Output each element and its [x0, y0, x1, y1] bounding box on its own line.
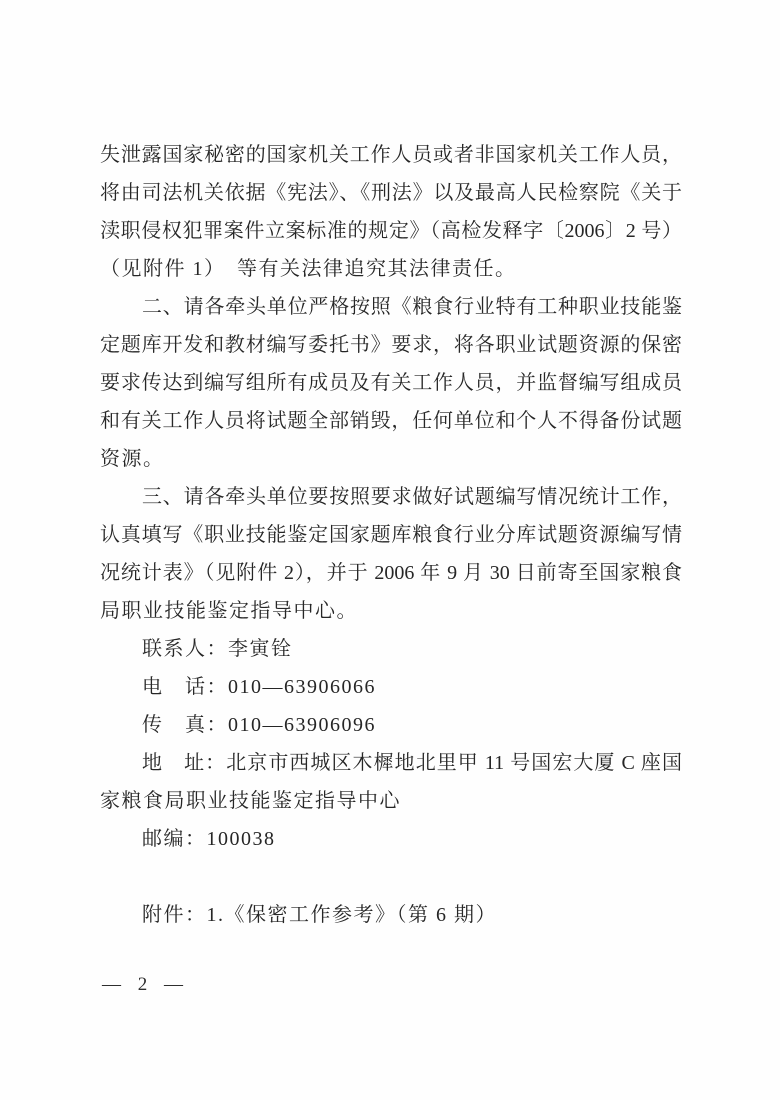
- text-line: 渎职侵权犯罪案件立案标准的规定》（高检发释字〔2006〕2 号）: [100, 212, 682, 250]
- page-number: — 2 —: [102, 974, 189, 996]
- scanned-document-page: 失泄露国家秘密的国家机关工作人员或者非国家机关工作人员， 将由司法机关依据《宪法…: [0, 0, 780, 1100]
- text-line: （见附件 1） 等有关法律追究其法律责任。: [100, 250, 682, 288]
- text-line: 失泄露国家秘密的国家机关工作人员或者非国家机关工作人员，: [100, 136, 682, 174]
- text-line: 将由司法机关依据《宪法》、《刑法》以及最高人民检察院《关于: [100, 174, 682, 212]
- text-line: 认真填写《职业技能鉴定国家题库粮食行业分库试题资源编写情: [100, 516, 682, 554]
- document-body: 失泄露国家秘密的国家机关工作人员或者非国家机关工作人员， 将由司法机关依据《宪法…: [100, 136, 682, 934]
- text-line: 局职业技能鉴定指导中心。: [100, 592, 682, 630]
- text-line: 和有关工作人员将试题全部销毁，任何单位和个人不得备份试题: [100, 402, 682, 440]
- address-line-wrap: 家粮食局职业技能鉴定指导中心: [100, 782, 682, 820]
- paragraph-start-line: 二、请各牵头单位严格按照《粮食行业特有工种职业技能鉴: [100, 288, 682, 326]
- fax-line: 传 真：010—63906096: [100, 706, 682, 744]
- text-line: 要求传达到编写组所有成员及有关工作人员，并监督编写组成员: [100, 364, 682, 402]
- text-line: 定题库开发和教材编写委托书》要求，将各职业试题资源的保密: [100, 326, 682, 364]
- phone-line: 电 话：010—63906066: [100, 668, 682, 706]
- attachment-line: 附件：1.《保密工作参考》（第 6 期）: [100, 896, 682, 934]
- postcode-line: 邮编：100038: [100, 820, 682, 858]
- address-line: 地 址：北京市西城区木樨地北里甲 11 号国宏大厦 C 座国: [100, 744, 682, 782]
- contact-person-line: 联系人：李寅铨: [100, 630, 682, 668]
- text-line: 资源。: [100, 440, 682, 478]
- paragraph-start-line: 三、请各牵头单位要按照要求做好试题编写情况统计工作，: [100, 478, 682, 516]
- text-line: 况统计表》（见附件 2），并于 2006 年 9 月 30 日前寄至国家粮食: [100, 554, 682, 592]
